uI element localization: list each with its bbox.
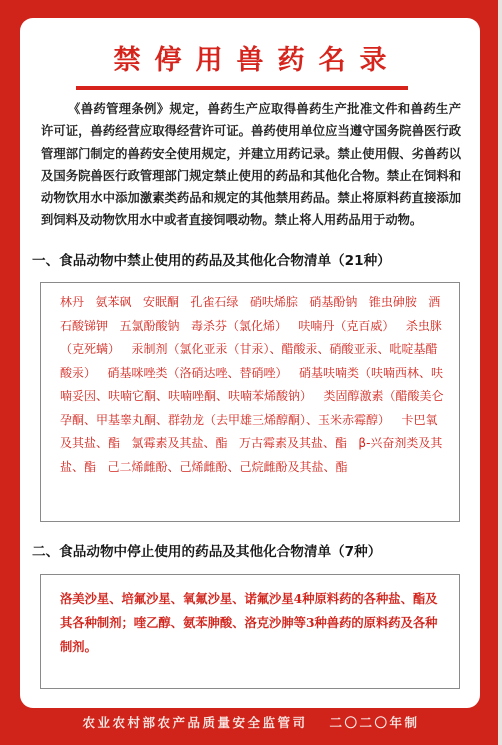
banned-drug-item: 五氯酚酸钠 <box>119 319 179 333</box>
banned-drug-item: 硝呋烯腙 <box>250 295 298 309</box>
intro-text: 《兽药管理条例》规定，兽药生产应取得兽药生产批准文件和兽药生产许可证，兽药经营应… <box>41 98 461 232</box>
banned-drug-item: 硝基酚钠 <box>309 295 357 309</box>
banned-drug-item: 氯霉素及其盐、酯 <box>131 436 227 450</box>
banned-drug-item: 毒杀芬（氯化烯） <box>191 319 287 333</box>
banned-drug-item: 锥虫砷胺 <box>369 295 417 309</box>
banned-drug-item: 安眠酮 <box>143 295 179 309</box>
banned-drug-item: 万古霉素及其盐、酯 <box>239 436 347 450</box>
title-underline <box>76 86 408 90</box>
section-1-list-box: 林丹 氨苯砜 安眠酮 孔雀石绿 硝呋烯腙 硝基酚钠 锥虫砷胺 酒石酸锑钾 五氯酚… <box>40 282 460 522</box>
banned-drug-item: 己二烯雌酚、己烯雌酚、己烷雌酚及其盐、酯 <box>107 460 347 474</box>
page-edge-strip <box>498 0 502 745</box>
section-2-heading: 二、食品动物中停止使用的药品及其他化合物清单（7种） <box>32 542 472 562</box>
discontinued-drugs-text: 洛美沙星、培氟沙星、氧氟沙星、诺氟沙星4种原料药的各种盐、酯及其各种制剂；喹乙醇… <box>60 587 447 659</box>
banned-drugs-list: 林丹 氨苯砜 安眠酮 孔雀石绿 硝呋烯腙 硝基酚钠 锥虫砷胺 酒石酸锑钾 五氯酚… <box>60 291 447 479</box>
banned-drug-item: 呋喃丹（克百威） <box>298 319 394 333</box>
section-2-list-box: 洛美沙星、培氟沙星、氧氟沙星、诺氟沙星4种原料药的各种盐、酯及其各种制剂；喹乙醇… <box>40 574 460 689</box>
banned-drug-item: 孔雀石绿 <box>190 295 238 309</box>
section-1-heading: 一、食品动物中禁止使用的药品及其他化合物清单（21种） <box>32 251 472 271</box>
footer-issuer: 农业农村部农产品质量安全监管司 <box>82 715 307 730</box>
intro-paragraph: 《兽药管理条例》规定，兽药生产应取得兽药生产批准文件和兽药生产许可证，兽药经营应… <box>41 98 461 232</box>
poster-footer: 农业农村部农产品质量安全监管司二〇二〇年制 <box>0 714 502 732</box>
banned-drug-item: 林丹 <box>60 295 84 309</box>
poster-card: 禁停用兽药名录 《兽药管理条例》规定，兽药生产应取得兽药生产批准文件和兽药生产许… <box>20 18 480 708</box>
footer-year: 二〇二〇年制 <box>330 715 420 730</box>
banned-drug-item: 氨苯砜 <box>95 295 131 309</box>
banned-drug-item: 硝基咪唑类（洛硝达唑、替硝唑） <box>107 366 287 380</box>
poster-title: 禁停用兽药名录 <box>20 44 480 78</box>
